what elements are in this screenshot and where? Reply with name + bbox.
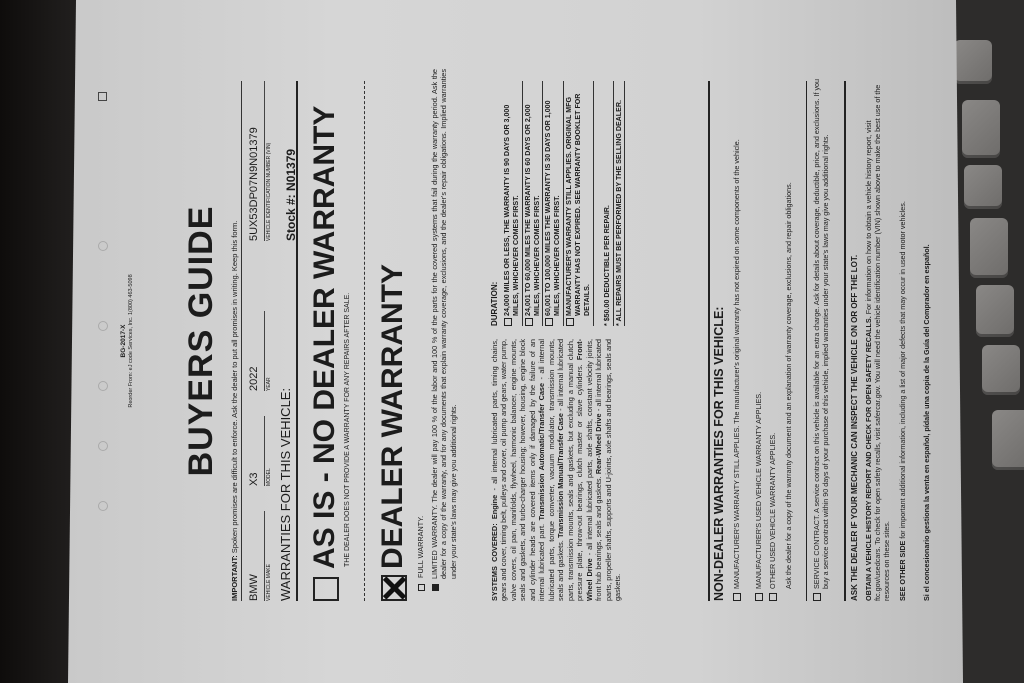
non-dealer-text: OTHER USED VEHICLE WARRANTY APPLIES. bbox=[768, 433, 777, 589]
buyers-guide-page: BG-2017-X Reorder From: eJ code Services… bbox=[68, 0, 963, 683]
as-is-subtitle: THE DEALER DOES NOT PROVIDE A WARRANTY F… bbox=[344, 293, 353, 567]
limited-warranty-text: LIMITED WARRANTY. The dealer will pay 10… bbox=[430, 69, 458, 579]
duration-text: 24,000 MILES OR LESS, THE WARRANTY IS 90… bbox=[503, 105, 520, 316]
duration-option[interactable]: MANUFACTURER'S WARRANTY STILL APPLIES. O… bbox=[564, 81, 594, 326]
non-dealer-option[interactable]: MANUFACTURER'S USED VEHICLE WARRANTY APP… bbox=[754, 69, 763, 601]
vehicle-make-caption: Vehicle Make bbox=[264, 511, 272, 601]
duration-checkbox[interactable] bbox=[504, 318, 512, 326]
inspect-notice: ASK THE DEALER IF YOUR MECHANIC CAN INSP… bbox=[850, 81, 860, 601]
important-notice: IMPORTANT: Spoken promises are difficult… bbox=[230, 81, 242, 601]
duration-checkbox[interactable] bbox=[545, 318, 553, 326]
full-warranty-option[interactable]: FULL WARRANTY. bbox=[416, 91, 425, 591]
full-warranty-checkbox[interactable] bbox=[418, 584, 425, 591]
important-text: Spoken promises are difficult to enforce… bbox=[230, 221, 239, 554]
duration-option[interactable]: 24,001 TO 60,000 MILES THE WARRANTY IS 6… bbox=[523, 81, 544, 326]
duration-note: * $50.00 DEDUCTIBLE PER REPAIR. bbox=[602, 81, 614, 326]
duration-label: DURATION: bbox=[490, 282, 500, 326]
buyers-guide-form: BG-2017-X Reorder From: eJ code Services… bbox=[80, 61, 950, 621]
duration-checkbox[interactable] bbox=[566, 318, 574, 326]
as-is-option[interactable]: AS IS - NO DEALER WARRANTY bbox=[306, 106, 344, 601]
page-title: BUYERS GUIDE bbox=[180, 61, 223, 621]
system-name: Transmission Manual/Transfer Case bbox=[556, 413, 565, 538]
history-bold: OBTAIN A VEHICLE HISTORY REPORT AND CHEC… bbox=[864, 316, 873, 601]
vehicle-year: 2022 bbox=[248, 367, 260, 391]
dealer-warranty-title: DEALER WARRANTY bbox=[376, 264, 409, 569]
spanish-notice: Si el concesionario gestiona la venta en… bbox=[922, 81, 931, 601]
non-dealer-heading: NON-DEALER WARRANTIES FOR THIS VEHICLE: bbox=[712, 307, 728, 601]
non-dealer-option[interactable]: OTHER USED VEHICLE WARRANTY APPLIES. bbox=[768, 69, 777, 601]
history-notice: OBTAIN A VEHICLE HISTORY REPORT AND CHEC… bbox=[864, 81, 891, 601]
duration-text: MANUFACTURER'S WARRANTY STILL APPLIES. O… bbox=[565, 94, 591, 316]
duration-option[interactable]: 60,001 TO 100,000 MILES THE WARRANTY IS … bbox=[543, 81, 564, 326]
system-name: Rear-Wheel Drive bbox=[594, 413, 603, 474]
punch-hole bbox=[98, 321, 108, 331]
vehicle-year-caption: Year bbox=[264, 311, 272, 391]
ask-dealer-note: Ask the dealer for a copy of the warrant… bbox=[784, 69, 793, 601]
divider bbox=[708, 81, 710, 601]
divider bbox=[844, 81, 846, 601]
vehicle-year-field: 2022 Year bbox=[248, 311, 272, 391]
other-side-bold: SEE OTHER SIDE bbox=[898, 541, 907, 601]
form-id: BG-2017-X Reorder From: eJ code Services… bbox=[120, 231, 135, 451]
limited-warranty-checkbox-checked[interactable] bbox=[432, 584, 439, 591]
vehicle-model: X3 bbox=[248, 473, 260, 486]
system-name: Transmission Automatic/Transfer Case bbox=[537, 383, 546, 521]
as-is-title: AS IS - NO DEALER WARRANTY bbox=[308, 106, 341, 569]
dealer-warranty-checkbox-checked[interactable] bbox=[381, 575, 407, 601]
system-name: Engine bbox=[490, 495, 499, 519]
vehicle-model-field: X3 Model bbox=[248, 416, 272, 486]
vehicle-make-field: BMW Vehicle Make bbox=[248, 511, 272, 601]
duration-text: 24,001 TO 60,000 MILES THE WARRANTY IS 6… bbox=[524, 104, 541, 316]
duration-checkbox[interactable] bbox=[525, 318, 533, 326]
non-dealer-checkbox[interactable] bbox=[755, 593, 763, 601]
punch-hole bbox=[98, 501, 108, 511]
as-is-checkbox[interactable] bbox=[313, 577, 339, 601]
divider bbox=[296, 81, 298, 601]
reorder-line: Reorder From: eJ code Services, Inc. 1(8… bbox=[128, 274, 134, 407]
vehicle-vin-field: 5UX53DP07N9N01379 Vehicle Identification… bbox=[248, 81, 272, 241]
non-dealer-text: MANUFACTURER'S USED VEHICLE WARRANTY APP… bbox=[754, 392, 763, 589]
service-contract-option[interactable]: SERVICE CONTRACT. A service contract on … bbox=[812, 69, 830, 601]
duration-options: 24,000 MILES OR LESS, THE WARRANTY IS 90… bbox=[502, 81, 625, 326]
service-contract-checkbox[interactable] bbox=[813, 593, 821, 601]
important-label: IMPORTANT: bbox=[230, 555, 239, 601]
vehicle-vin-caption: Vehicle Identification Number (VIN) bbox=[264, 81, 272, 241]
full-warranty-label: FULL WARRANTY. bbox=[416, 516, 425, 578]
other-side-notice: SEE OTHER SIDE for important additional … bbox=[898, 81, 907, 601]
vehicle-model-caption: Model bbox=[264, 416, 272, 486]
vehicle-vin: 5UX53DP07N9N01379 bbox=[248, 127, 260, 241]
non-dealer-text: MANUFACTURER'S WARRANTY STILL APPLIES. T… bbox=[732, 139, 741, 589]
dashed-divider bbox=[364, 81, 365, 601]
systems-covered: SYSTEMS COVERED: Engine - all internal l… bbox=[490, 339, 623, 601]
form-number: BG-2017-X bbox=[120, 325, 127, 358]
limited-warranty-option[interactable]: LIMITED WARRANTY. The dealer will pay 10… bbox=[430, 69, 458, 591]
duration-text: 60,001 TO 100,000 MILES THE WARRANTY IS … bbox=[544, 100, 561, 316]
corner-checkbox[interactable] bbox=[98, 92, 107, 101]
other-side-text: for important additional information, in… bbox=[898, 201, 907, 541]
vehicle-make: BMW bbox=[248, 574, 260, 601]
punch-hole bbox=[98, 381, 108, 391]
dealer-warranty-option[interactable]: DEALER WARRANTY bbox=[374, 264, 412, 601]
non-dealer-checkbox[interactable] bbox=[733, 593, 741, 601]
duration-option[interactable]: 24,000 MILES OR LESS, THE WARRANTY IS 90… bbox=[502, 81, 523, 326]
duration-note: * ALL REPAIRS MUST BE PERFORMED BY THE S… bbox=[614, 81, 626, 326]
vehicle-info: BMW Vehicle Make X3 Model 2022 Year 5UX5… bbox=[248, 81, 274, 601]
service-contract-text: SERVICE CONTRACT. A service contract on … bbox=[812, 79, 830, 589]
divider bbox=[806, 81, 807, 601]
systems-covered-label: SYSTEMS COVERED: bbox=[490, 523, 499, 601]
punch-hole bbox=[98, 241, 108, 251]
punch-hole bbox=[98, 441, 108, 451]
warranties-heading: WARRANTIES FOR THIS VEHICLE: bbox=[278, 388, 294, 601]
non-dealer-checkbox[interactable] bbox=[769, 593, 777, 601]
non-dealer-option[interactable]: MANUFACTURER'S WARRANTY STILL APPLIES. T… bbox=[732, 69, 741, 601]
